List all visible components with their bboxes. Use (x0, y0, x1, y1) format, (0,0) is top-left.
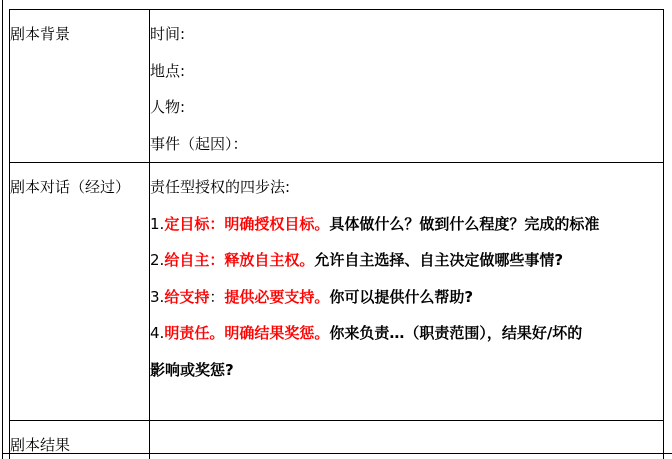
step-4-continued: 影响或奖惩? (150, 352, 663, 389)
intro-text: 责任型授权的四步法: (150, 169, 663, 206)
table-row-background: 剧本背景 时间: 地点: 人物: 事件（起因）： (10, 10, 664, 163)
content-cell[interactable] (150, 421, 664, 459)
row-label: 剧本对话（经过） (10, 169, 149, 206)
label-cell: 剧本背景 (10, 10, 150, 163)
table-row-dialogue: 剧本对话（经过） 责任型授权的四步法: 1.定目标：明确授权目标。具体做什么？做… (10, 163, 664, 421)
step-emphasis: 提供必要支持。 (224, 288, 329, 306)
step-detail: 允许自主选择、自主决定做哪些事情? (314, 251, 563, 269)
label-cell: 剧本结果 (10, 421, 150, 459)
content-cell[interactable]: 责任型授权的四步法: 1.定目标：明确授权目标。具体做什么？做到什么程度？完成的… (150, 163, 664, 421)
row-label: 剧本背景 (10, 16, 149, 53)
script-table: 剧本背景 时间: 地点: 人物: 事件（起因）： 剧本对话（经过） 责任型授权的… (9, 9, 664, 459)
field-time: 时间: (150, 16, 663, 53)
step-emphasis: 明责任。明确结果奖惩。 (164, 324, 329, 342)
step-emphasis: 定目标：明确授权目标。 (164, 215, 329, 233)
row-label: 剧本结果 (10, 427, 149, 459)
step-number: 3. (150, 288, 164, 306)
step-detail: 具体做什么？做到什么程度？完成的标准 (329, 215, 599, 233)
step-number: 4. (150, 324, 164, 342)
step-number: 1. (150, 215, 164, 233)
step-1: 1.定目标：明确授权目标。具体做什么？做到什么程度？完成的标准 (150, 206, 663, 243)
step-detail: 你可以提供什么帮助? (329, 288, 473, 306)
step-colon: ： (209, 288, 224, 306)
step-4: 4.明责任。明确结果奖惩。你来负责…（职责范围），结果好/坏的 (150, 315, 663, 352)
field-event: 事件（起因）： (150, 126, 663, 163)
step-emphasis: 给支持 (164, 288, 209, 306)
step-number: 2. (150, 251, 164, 269)
step-3: 3.给支持：提供必要支持。你可以提供什么帮助? (150, 279, 663, 316)
step-emphasis: 给自主：释放自主权。 (164, 251, 314, 269)
field-place: 地点: (150, 53, 663, 90)
page-frame-left (2, 0, 3, 459)
content-cell[interactable]: 时间: 地点: 人物: 事件（起因）： (150, 10, 664, 163)
table-row-result: 剧本结果 (10, 421, 664, 459)
step-2: 2.给自主：释放自主权。允许自主选择、自主决定做哪些事情? (150, 242, 663, 279)
step-detail: 你来负责…（职责范围），结果好/坏的 (329, 324, 582, 342)
label-cell: 剧本对话（经过） (10, 163, 150, 421)
field-characters: 人物: (150, 89, 663, 126)
